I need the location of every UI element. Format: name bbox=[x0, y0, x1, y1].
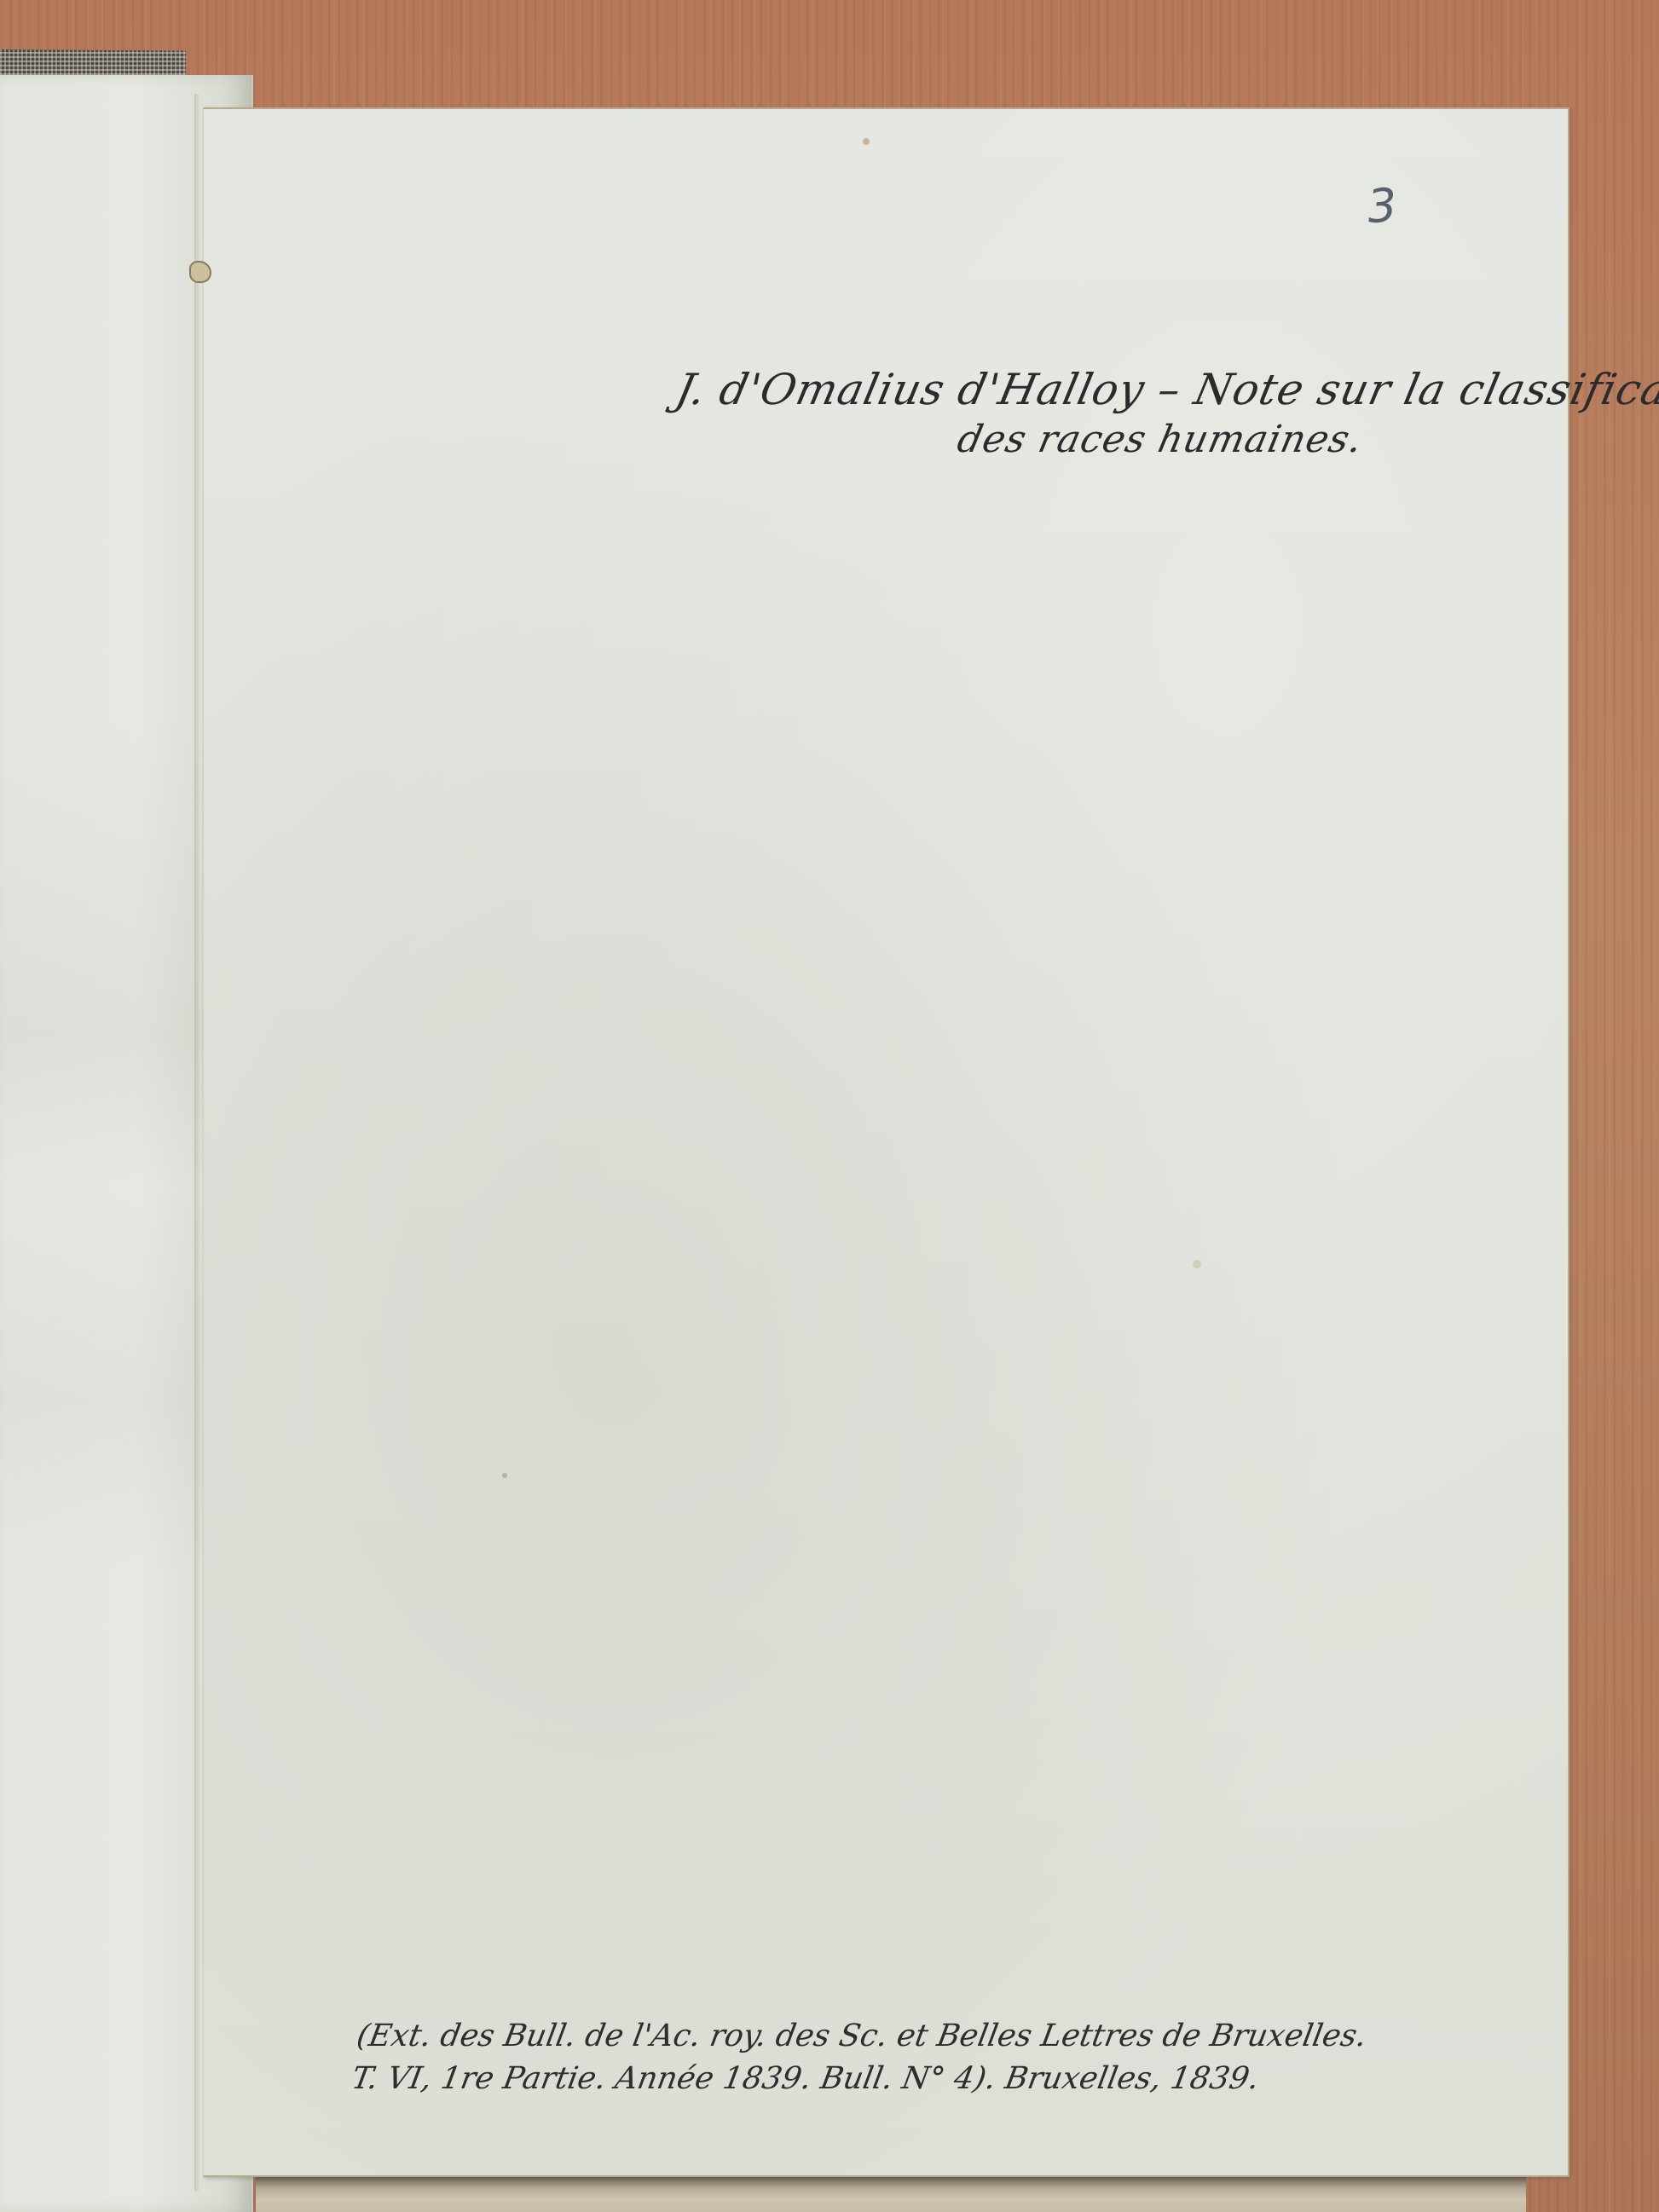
manuscript-page: 3 J. d'Omalius d'Halloy – Note sur la cl… bbox=[203, 107, 1569, 2177]
binding-tear bbox=[189, 261, 211, 283]
stain-mark bbox=[502, 1473, 507, 1478]
stain-mark bbox=[863, 138, 870, 145]
page-number: 3 bbox=[1366, 178, 1399, 234]
stain-mark bbox=[1193, 1260, 1201, 1268]
citation-line-1: (Ext. des Bull. de l'Ac. roy. des Sc. et… bbox=[354, 2019, 1369, 2053]
title-line-subject: des races humaines. bbox=[954, 418, 1367, 461]
citation-line-2: T. VI, 1re Partie. Année 1839. Bull. N° … bbox=[349, 2061, 1262, 2096]
title-line-author-note: J. d'Omalius d'Halloy – Note sur la clas… bbox=[672, 365, 1659, 414]
binding-gutter bbox=[194, 94, 199, 2191]
